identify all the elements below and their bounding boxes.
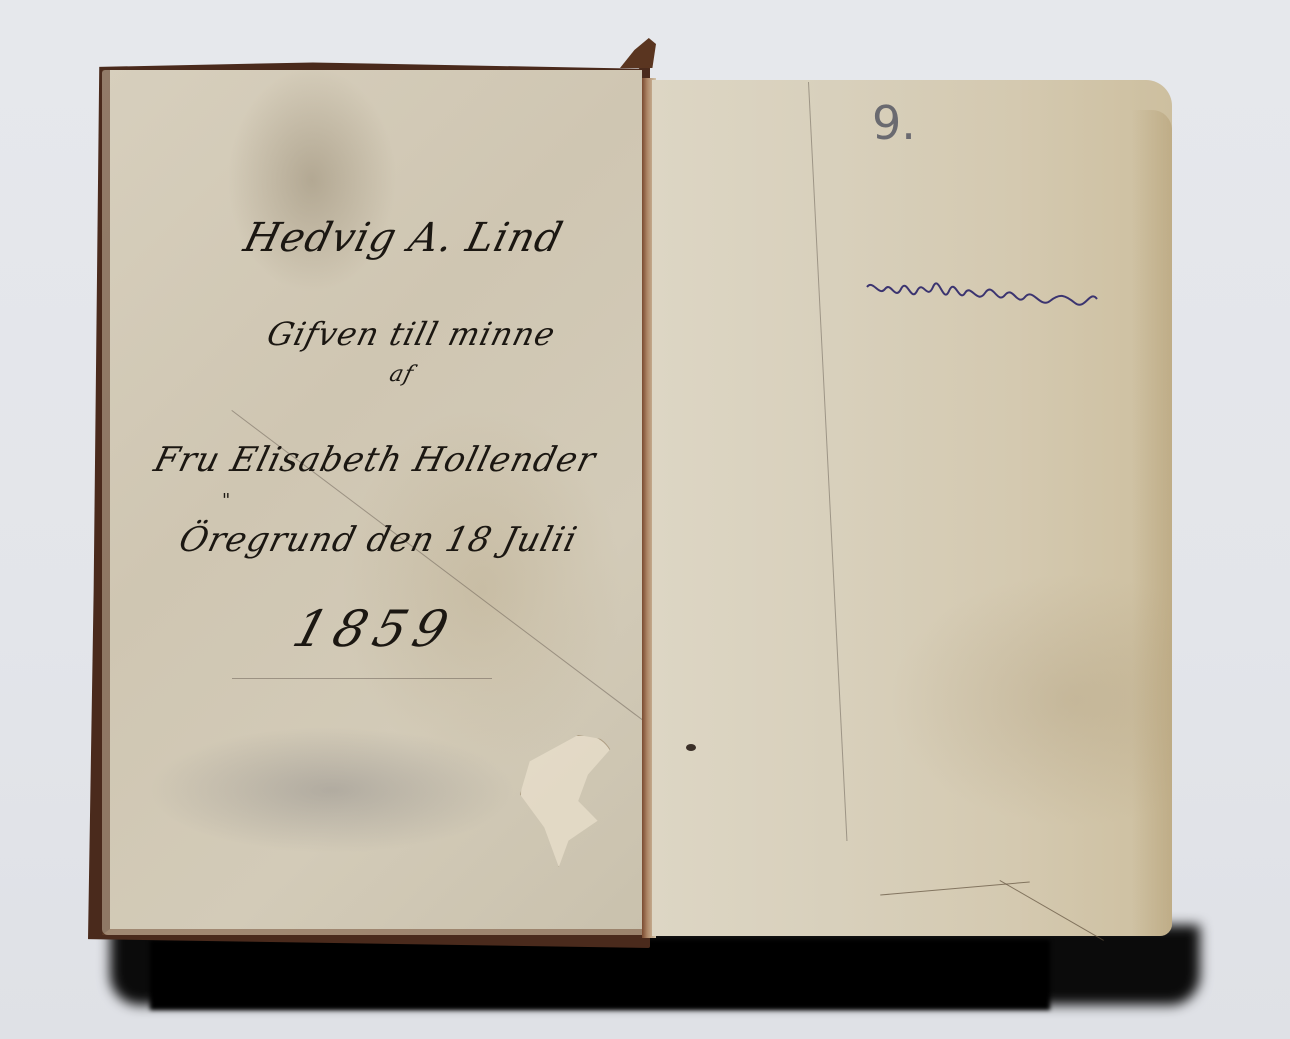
book-shadow-core xyxy=(150,940,1050,1010)
page-edges xyxy=(1132,110,1172,936)
inscription-year: 1859 xyxy=(287,600,463,658)
horizontal-rule xyxy=(232,678,492,679)
book-photo: Hedvig A. Lind Gifven till minne af Fru … xyxy=(0,0,1290,1039)
inscription-place-date: Öregrund den 18 Julii xyxy=(175,520,581,560)
worm-hole xyxy=(686,744,696,751)
inscription-ditto-mark: " xyxy=(222,490,231,511)
torn-spine-corner xyxy=(620,38,656,68)
inscription-from: Fru Elisabeth Hollender xyxy=(150,440,600,480)
inscription-name: Hedvig A. Lind xyxy=(239,215,567,261)
pencil-number: 9. xyxy=(872,96,916,150)
flyleaf-page xyxy=(652,80,1172,936)
inscription-given-in-memory: Gifven till minne xyxy=(263,315,559,353)
crossed-out-scribble xyxy=(865,275,1105,325)
